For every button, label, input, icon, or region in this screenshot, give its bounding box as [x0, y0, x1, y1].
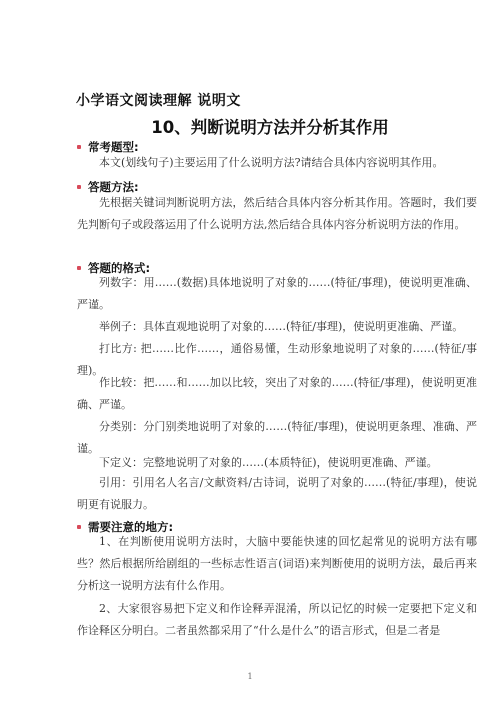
bullet-icon: [77, 145, 81, 149]
paragraph-note-2: 2、大家很容易把下定义和作诠释弄混淆，所以记忆的时候一定要把下定义和作诠释区分明…: [77, 598, 477, 642]
page-title: 10、判断说明方法并分析其作用: [0, 114, 500, 138]
paragraph: 先根据关键词判断说明方法，然后结合具体内容分析其作用。答题时，我们要先判断句子或…: [77, 192, 477, 236]
bullet-icon: [77, 525, 81, 529]
bullet-icon: [77, 185, 81, 189]
paragraph-list-numbers: 列数字：用……(数据)具体地说明了对象的……(特征/事理)，使说明更准确、严谨。: [77, 272, 477, 316]
paragraph-examples: 举例子：具体直观地说明了对象的……(特征/事理)，使说明更准确、严谨。: [77, 316, 477, 338]
paragraph: 本文(划线句子)主要运用了什么说明方法?请结合具体内容说明其作用。: [77, 152, 477, 174]
subject-heading: 小学语文阅读理解 说明文: [76, 90, 241, 110]
document-page: 小学语文阅读理解 说明文 10、判断说明方法并分析其作用 常考题型: 本文(划线…: [0, 0, 500, 708]
paragraph-comparison: 作比较：把……和……加以比较，突出了对象的……(特征/事理)，使说明更准确、严谨…: [77, 372, 477, 416]
paragraph-note-1: 1、在判断使用说明方法时，大脑中要能快速的回忆起常见的说明方法有哪些？然后根据所…: [77, 531, 477, 597]
paragraph-definition: 下定义：完整地说明了对象的……(本质特征)，使说明更准确、严谨。: [77, 452, 477, 474]
page-number: 1: [0, 672, 500, 681]
bullet-icon: [77, 266, 81, 270]
paragraph-quotation: 引用：引用名人名言/文献资料/古诗词，说明了对象的……(特征/事理)，使说明更有…: [77, 472, 477, 516]
